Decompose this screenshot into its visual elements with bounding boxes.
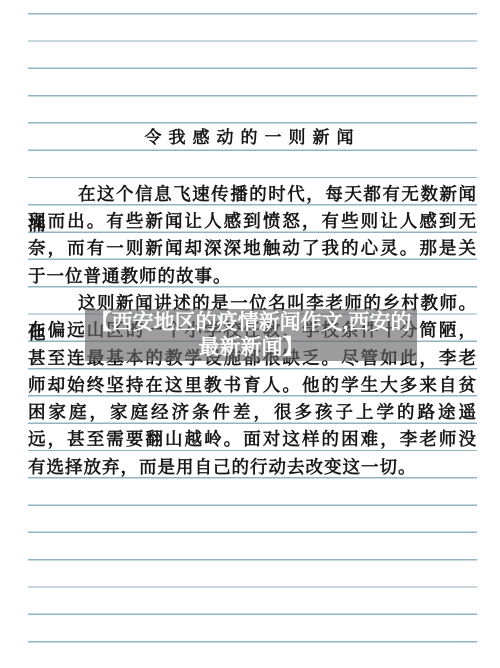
essay-title: 令我感动的一则新闻 [28, 123, 477, 151]
essay-line: 现而出。有些新闻让人感到愤怒，有些则让人感到无 [28, 206, 477, 233]
essay-line: 困家庭，家庭经济条件差，很多孩子上学的路途遥 [28, 397, 477, 424]
essay-line: 于一位普通教师的故事。 [28, 261, 477, 288]
essay-line: 有选择放弃，而是用自己的行动去改变这一切。 [28, 452, 477, 479]
essay-line: 在这个信息飞速传播的时代，每天都有无数新闻涌 [28, 179, 477, 206]
essay-line: 奈，而有一则新闻却深深地触动了我的心灵。那是关 [28, 233, 477, 260]
essay-line: 师却始终坚持在这里教书育人。他的学生大多来自贫 [28, 370, 477, 397]
watermark-overlay: 【西安地区的疫情新闻作文,西安的最新新闻】 [85, 309, 417, 361]
essay-line: 远，甚至需要翻山越岭。面对这样的困难，李老师没 [28, 424, 477, 451]
page-paper: 令我感动的一则新闻 在这个信息飞速传播的时代，每天都有无数新闻涌 现而出。有些新… [0, 0, 500, 668]
watermark-text: 【西安地区的疫情新闻作文,西安的最新新闻】 [85, 310, 417, 360]
